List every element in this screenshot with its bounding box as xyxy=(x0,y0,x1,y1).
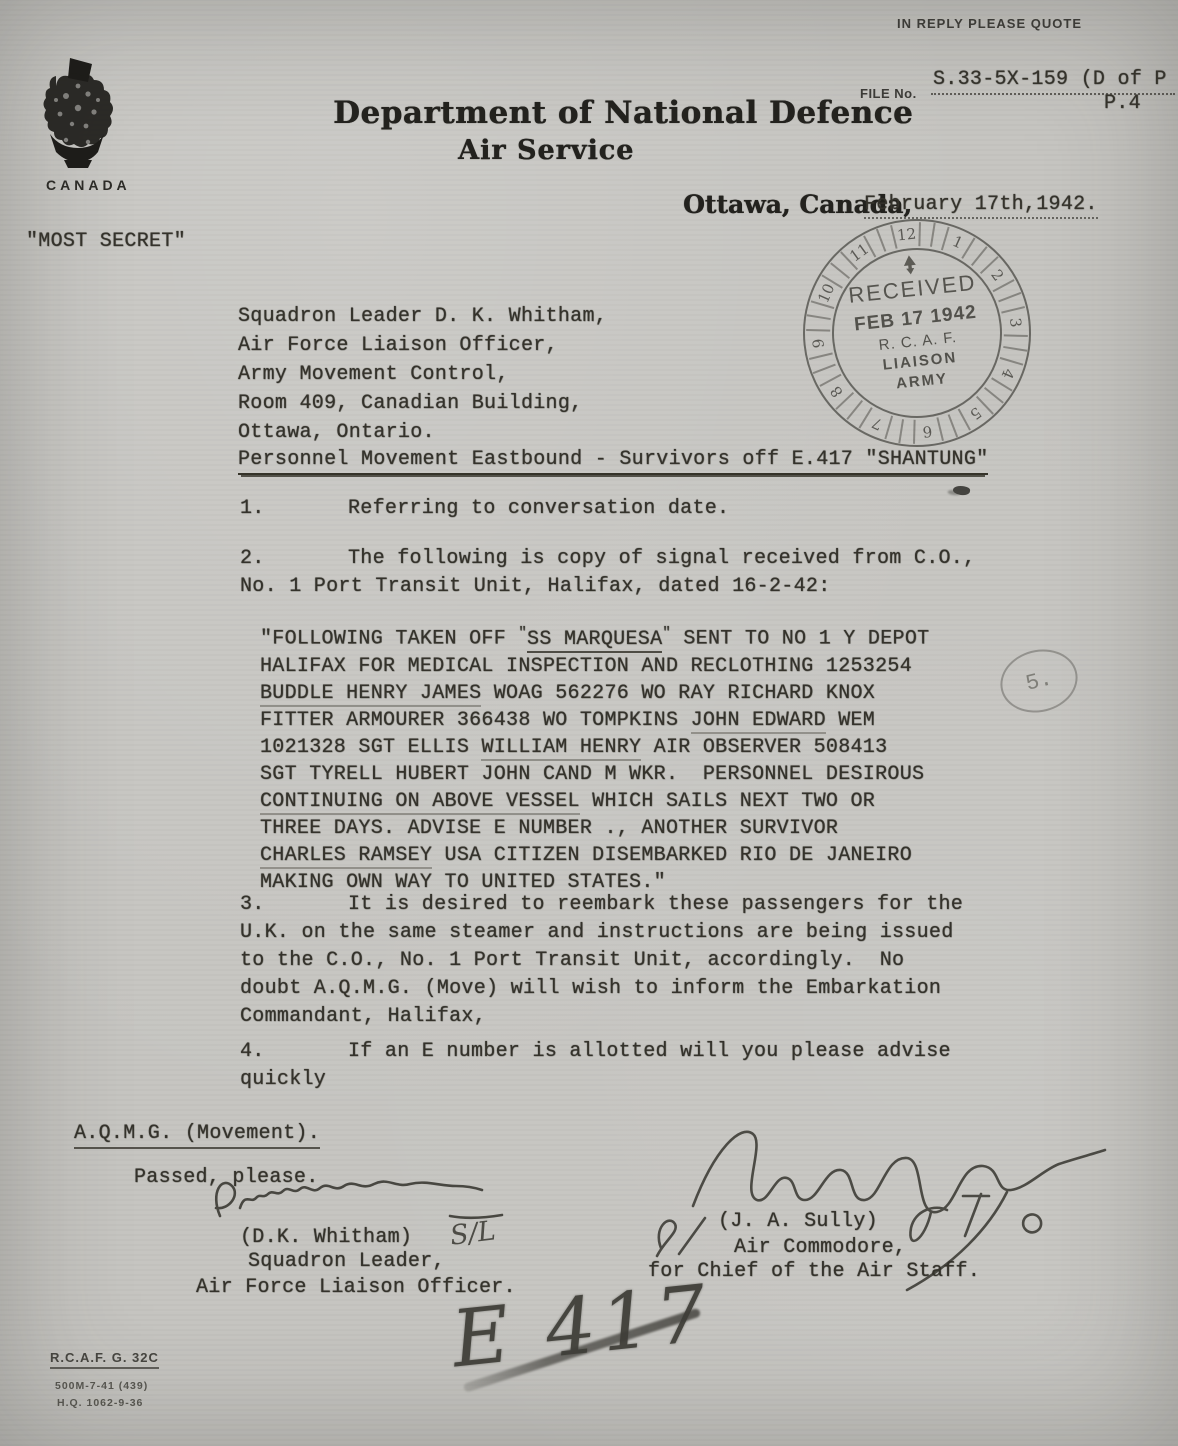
form-code-hq: H.Q. 1062-9-36 xyxy=(57,1397,143,1409)
underlined-text: JOHN EDWARD xyxy=(691,709,826,734)
classification-marking: "MOST SECRET" xyxy=(26,230,186,253)
stamp-clock-numeral: 7 xyxy=(869,413,885,433)
signal-text: "FOLLOWING TAKEN OFF xyxy=(260,628,518,651)
stamp-clock-numeral: 12 xyxy=(896,225,917,245)
stamp-tick-mark xyxy=(984,387,1004,404)
stamp-tick-mark xyxy=(807,315,831,321)
stamp-tick-mark xyxy=(947,414,957,437)
stamp-tick-mark xyxy=(846,400,863,420)
stamp-tick-mark xyxy=(899,419,905,443)
address-line: Squadron Leader D. K. Whitham, xyxy=(238,302,607,331)
letterhead-service: Air Service xyxy=(458,135,634,166)
stamp-tick-mark xyxy=(930,223,936,247)
signal-text: " xyxy=(518,625,527,641)
canada-label: CANADA xyxy=(46,177,131,193)
paragraph-line: 1.Referring to conversation date. xyxy=(240,495,729,523)
stamp-tick-mark xyxy=(806,329,830,332)
routing-line: A.Q.M.G. (Movement). xyxy=(74,1122,320,1149)
signal-text: SENT TO NO 1 Y DEPOT xyxy=(671,628,929,651)
stamp-tick-mark xyxy=(971,246,988,266)
stamp-tick-mark xyxy=(962,238,976,260)
paragraph-line: 2.The following is copy of signal receiv… xyxy=(240,545,975,573)
stamp-clock-numeral: 1 xyxy=(949,232,965,252)
underlined-text: CONTINUING ON ABOVE VESSEL xyxy=(260,790,580,815)
subject-line: Personnel Movement Eastbound - Survivors… xyxy=(238,448,988,471)
paragraph-line: Commandant, Halifax, xyxy=(240,1003,963,1031)
paragraph-3: 3.It is desired to reembark these passen… xyxy=(240,891,963,1031)
paragraph-number: 4. xyxy=(240,1038,348,1066)
form-code-print-run: 500M-7-41 (439) xyxy=(55,1380,148,1392)
circled-page-number: 5. xyxy=(994,641,1085,720)
broad-arrow-icon xyxy=(901,255,919,277)
stamp-tick-mark xyxy=(1000,357,1024,366)
signal-line: 1021328 SGT ELLIS WILLIAM HENRY AIR OBSE… xyxy=(260,734,929,761)
stamp-tick-mark xyxy=(998,292,1021,302)
address-line: Room 409, Canadian Building, xyxy=(238,389,607,418)
stamp-clock-numeral: 9 xyxy=(809,338,828,349)
stamp-clock-numeral: 3 xyxy=(1006,317,1025,328)
stamp-tick-mark xyxy=(1003,346,1027,352)
signal-line: HALIFAX FOR MEDICAL INSPECTION AND RECLO… xyxy=(260,653,929,680)
stamp-tick-mark xyxy=(830,262,850,279)
paragraph-1: 1.Referring to conversation date. xyxy=(240,495,729,523)
address-line: Ottawa, Ontario. xyxy=(238,418,607,447)
underlined-text: BUDDLE HENRY JAMES xyxy=(260,682,481,707)
page-reference: P.4 xyxy=(1104,92,1141,115)
form-code-main: R.C.A.F. G. 32C xyxy=(50,1350,159,1369)
paragraph-line: No. 1 Port Transit Unit, Halifax, dated … xyxy=(240,573,975,601)
signal-text: HALIFAX FOR MEDICAL INSPECTION AND RECLO… xyxy=(260,655,912,678)
signal-line: BUDDLE HENRY JAMES WOAG 562276 WO RAY RI… xyxy=(260,680,929,707)
paragraph-line: 4.If an E number is allotted will you pl… xyxy=(240,1038,951,1066)
stamp-army: ARMY xyxy=(895,370,949,392)
stamp-clock-numeral: 6 xyxy=(922,422,933,441)
signal-text: 1021328 SGT ELLIS xyxy=(260,736,481,759)
signal-text: SGT TYRELL HUBERT JOHN CAND M WKR. PERSO… xyxy=(260,763,924,786)
signal-line: CHARLES RAMSEY USA CITIZEN DISEMBARKED R… xyxy=(260,842,929,869)
signal-line: FITTER ARMOURER 366438 WO TOMPKINS JOHN … xyxy=(260,707,929,734)
sully-typed-name: (J. A. Sully) xyxy=(718,1210,878,1233)
ink-smudge xyxy=(952,485,970,496)
signal-text: WOAG 562276 WO RAY RICHARD KNOX xyxy=(481,682,875,705)
stamp-clock-numeral: 5 xyxy=(966,403,984,423)
signal-text: WEM xyxy=(826,709,875,732)
paragraph-number: 1. xyxy=(240,495,348,523)
received-stamp: 121234567891011 RECEIVED FEB 17 1942 R. … xyxy=(792,208,1043,459)
stamp-tick-mark xyxy=(1001,306,1025,314)
address-line: Air Force Liaison Officer, xyxy=(238,331,607,360)
stamp-tick-mark xyxy=(885,416,894,440)
whitham-rank: Squadron Leader, xyxy=(248,1250,445,1273)
in-reply-note: IN REPLY PLEASE QUOTE xyxy=(897,16,1082,31)
signal-line: THREE DAYS. ADVISE E NUMBER ., ANOTHER S… xyxy=(260,815,929,842)
signal-text: WHICH SAILS NEXT TWO OR xyxy=(580,790,875,813)
paragraph-line: U.K. on the same steamer and instruction… xyxy=(240,919,963,947)
stamp-clock-numeral: 4 xyxy=(997,365,1017,381)
signal-text: AIR OBSERVER 508413 xyxy=(641,736,887,759)
crest-graphic xyxy=(36,56,120,172)
signal-line: CONTINUING ON ABOVE VESSEL WHICH SAILS N… xyxy=(260,788,929,815)
whitham-typed-name: (D.K. Whitham) xyxy=(240,1226,412,1249)
stamp-tick-mark xyxy=(941,226,950,250)
signal-text: THREE DAYS. ADVISE E NUMBER ., ANOTHER S… xyxy=(260,817,838,840)
file-number-value: S.33-5X-159 (D of P xyxy=(931,68,1175,95)
stamp-clock-numeral: 2 xyxy=(987,266,1007,284)
handwritten-rank-sl: S/L xyxy=(448,1215,497,1251)
paragraph-line: 3.It is desired to reembark these passen… xyxy=(240,891,963,919)
signal-line: SGT TYRELL HUBERT JOHN CAND M WKR. PERSO… xyxy=(260,761,929,788)
signal-text: " xyxy=(662,625,671,641)
paragraph-2: 2.The following is copy of signal receiv… xyxy=(240,545,975,601)
recipient-address: Squadron Leader D. K. Whitham,Air Force … xyxy=(238,302,607,447)
document-page: IN REPLY PLEASE QUOTE FILE No. S.33-5X-1… xyxy=(0,0,1178,1446)
stamp-tick-mark xyxy=(918,222,921,246)
paragraph-number: 2. xyxy=(240,545,348,573)
paragraph-line: doubt A.Q.M.G. (Move) will wish to infor… xyxy=(240,975,963,1003)
stamp-date: FEB 17 1942 xyxy=(853,302,978,337)
stamp-tick-mark xyxy=(813,363,836,373)
quoted-signal: "FOLLOWING TAKEN OFF "SS MARQUESA" SENT … xyxy=(260,620,929,896)
signal-text: FITTER ARMOURER 366438 WO TOMPKINS xyxy=(260,709,691,732)
stamp-tick-mark xyxy=(876,229,886,252)
sully-rank: Air Commodore, xyxy=(734,1236,906,1259)
stamp-tick-mark xyxy=(809,352,833,360)
paragraph-line: quickly xyxy=(240,1066,951,1094)
signal-text: USA CITIZEN DISEMBARKED RIO DE JANEIRO xyxy=(432,844,912,867)
underlined-text: CHARLES RAMSEY xyxy=(260,844,432,869)
paragraph-4: 4.If an E number is allotted will you pl… xyxy=(240,1038,951,1094)
canada-coat-of-arms xyxy=(36,56,120,177)
paragraph-number: 3. xyxy=(240,891,348,919)
address-line: Army Movement Control, xyxy=(238,360,607,389)
stamp-clock-numeral: 8 xyxy=(827,382,847,400)
underlined-text: SS MARQUESA xyxy=(527,628,662,653)
paragraph-line: to the C.O., No. 1 Port Transit Unit, ac… xyxy=(240,947,963,975)
stamp-tick-mark xyxy=(913,420,916,444)
stamp-tick-mark xyxy=(1004,334,1028,337)
signal-line: "FOLLOWING TAKEN OFF "SS MARQUESA" SENT … xyxy=(260,620,929,653)
underlined-text: WILLIAM HENRY xyxy=(481,736,641,761)
letterhead-department: Department of National Defence xyxy=(333,95,913,131)
stamp-tick-mark xyxy=(936,417,944,441)
